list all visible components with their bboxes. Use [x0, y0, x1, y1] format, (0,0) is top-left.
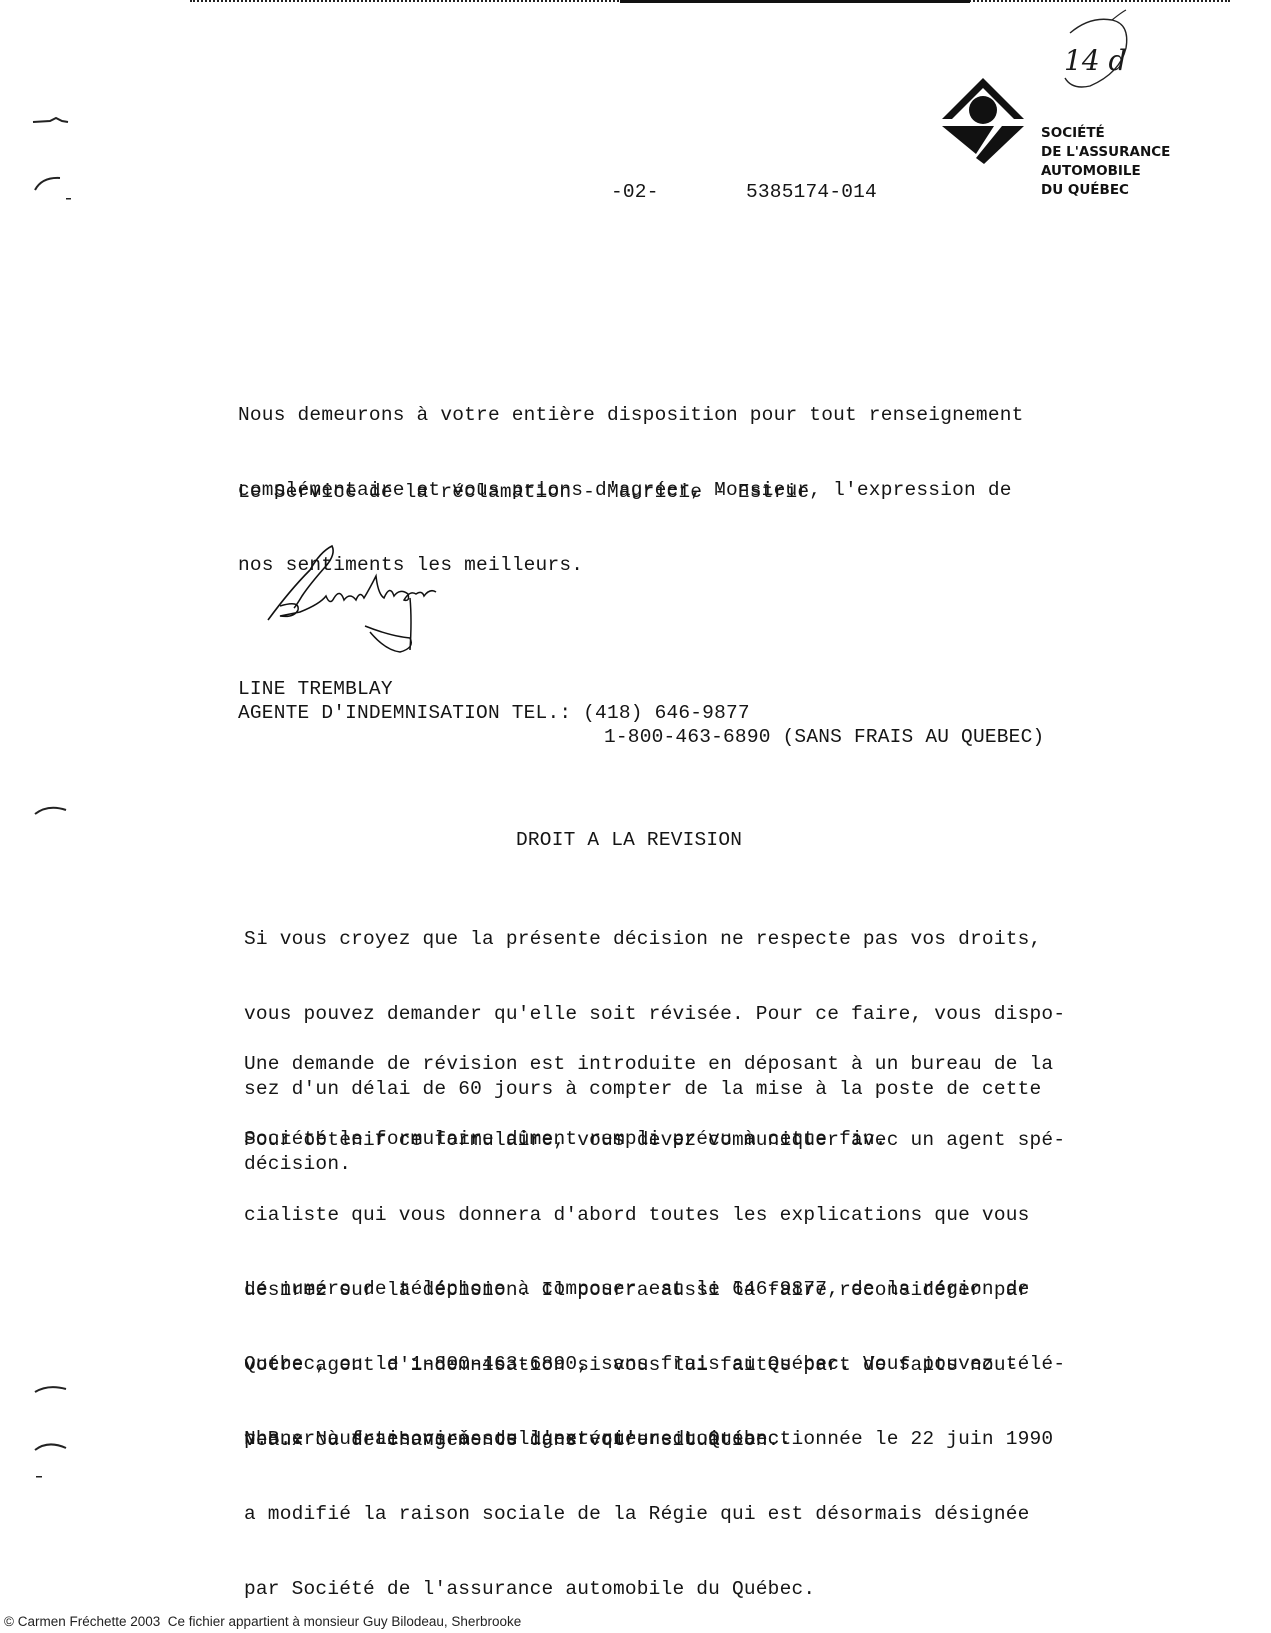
margin-mark-icon — [30, 1380, 80, 1400]
scan-edge-solid — [620, 0, 970, 6]
file-number: 5385174-014 — [746, 180, 877, 205]
margin-mark-icon — [30, 1432, 80, 1482]
handwritten-note-icon: 14 d — [1050, 8, 1140, 93]
closing-line: Nous demeurons à votre entière dispositi… — [238, 403, 1024, 428]
signatory-title-phone: AGENTE D'INDEMNISATION TEL.: (418) 646-9… — [238, 701, 750, 726]
nb-paragraph: N.B.: Nous tenons à souligner qu'une Loi… — [244, 1377, 1053, 1627]
margin-mark-icon — [30, 800, 80, 820]
svg-text:14 d: 14 d — [1064, 44, 1126, 77]
handwritten-signature-icon — [260, 540, 510, 670]
logo-text: SOCIÉTÉDE L'ASSURANCEAUTOMOBILEDU QUÉBEC — [1041, 124, 1170, 200]
revision-heading: DROIT A LA REVISION — [516, 828, 742, 853]
department-line: Le Service de la réclamation - Mauricie … — [238, 480, 809, 505]
saaq-diamond-logo-icon — [940, 76, 1026, 166]
signatory-name: LINE TREMBLAY — [238, 677, 393, 702]
toll-free-phone: 1-800-463-6890 (SANS FRAIS AU QUEBEC) — [604, 725, 1044, 750]
page-number: -02- — [611, 180, 659, 205]
margin-mark-icon — [30, 110, 80, 130]
copyright-footer: © Carmen Fréchette 2003 Ce fichier appar… — [4, 1614, 521, 1629]
margin-mark-icon — [30, 165, 80, 205]
